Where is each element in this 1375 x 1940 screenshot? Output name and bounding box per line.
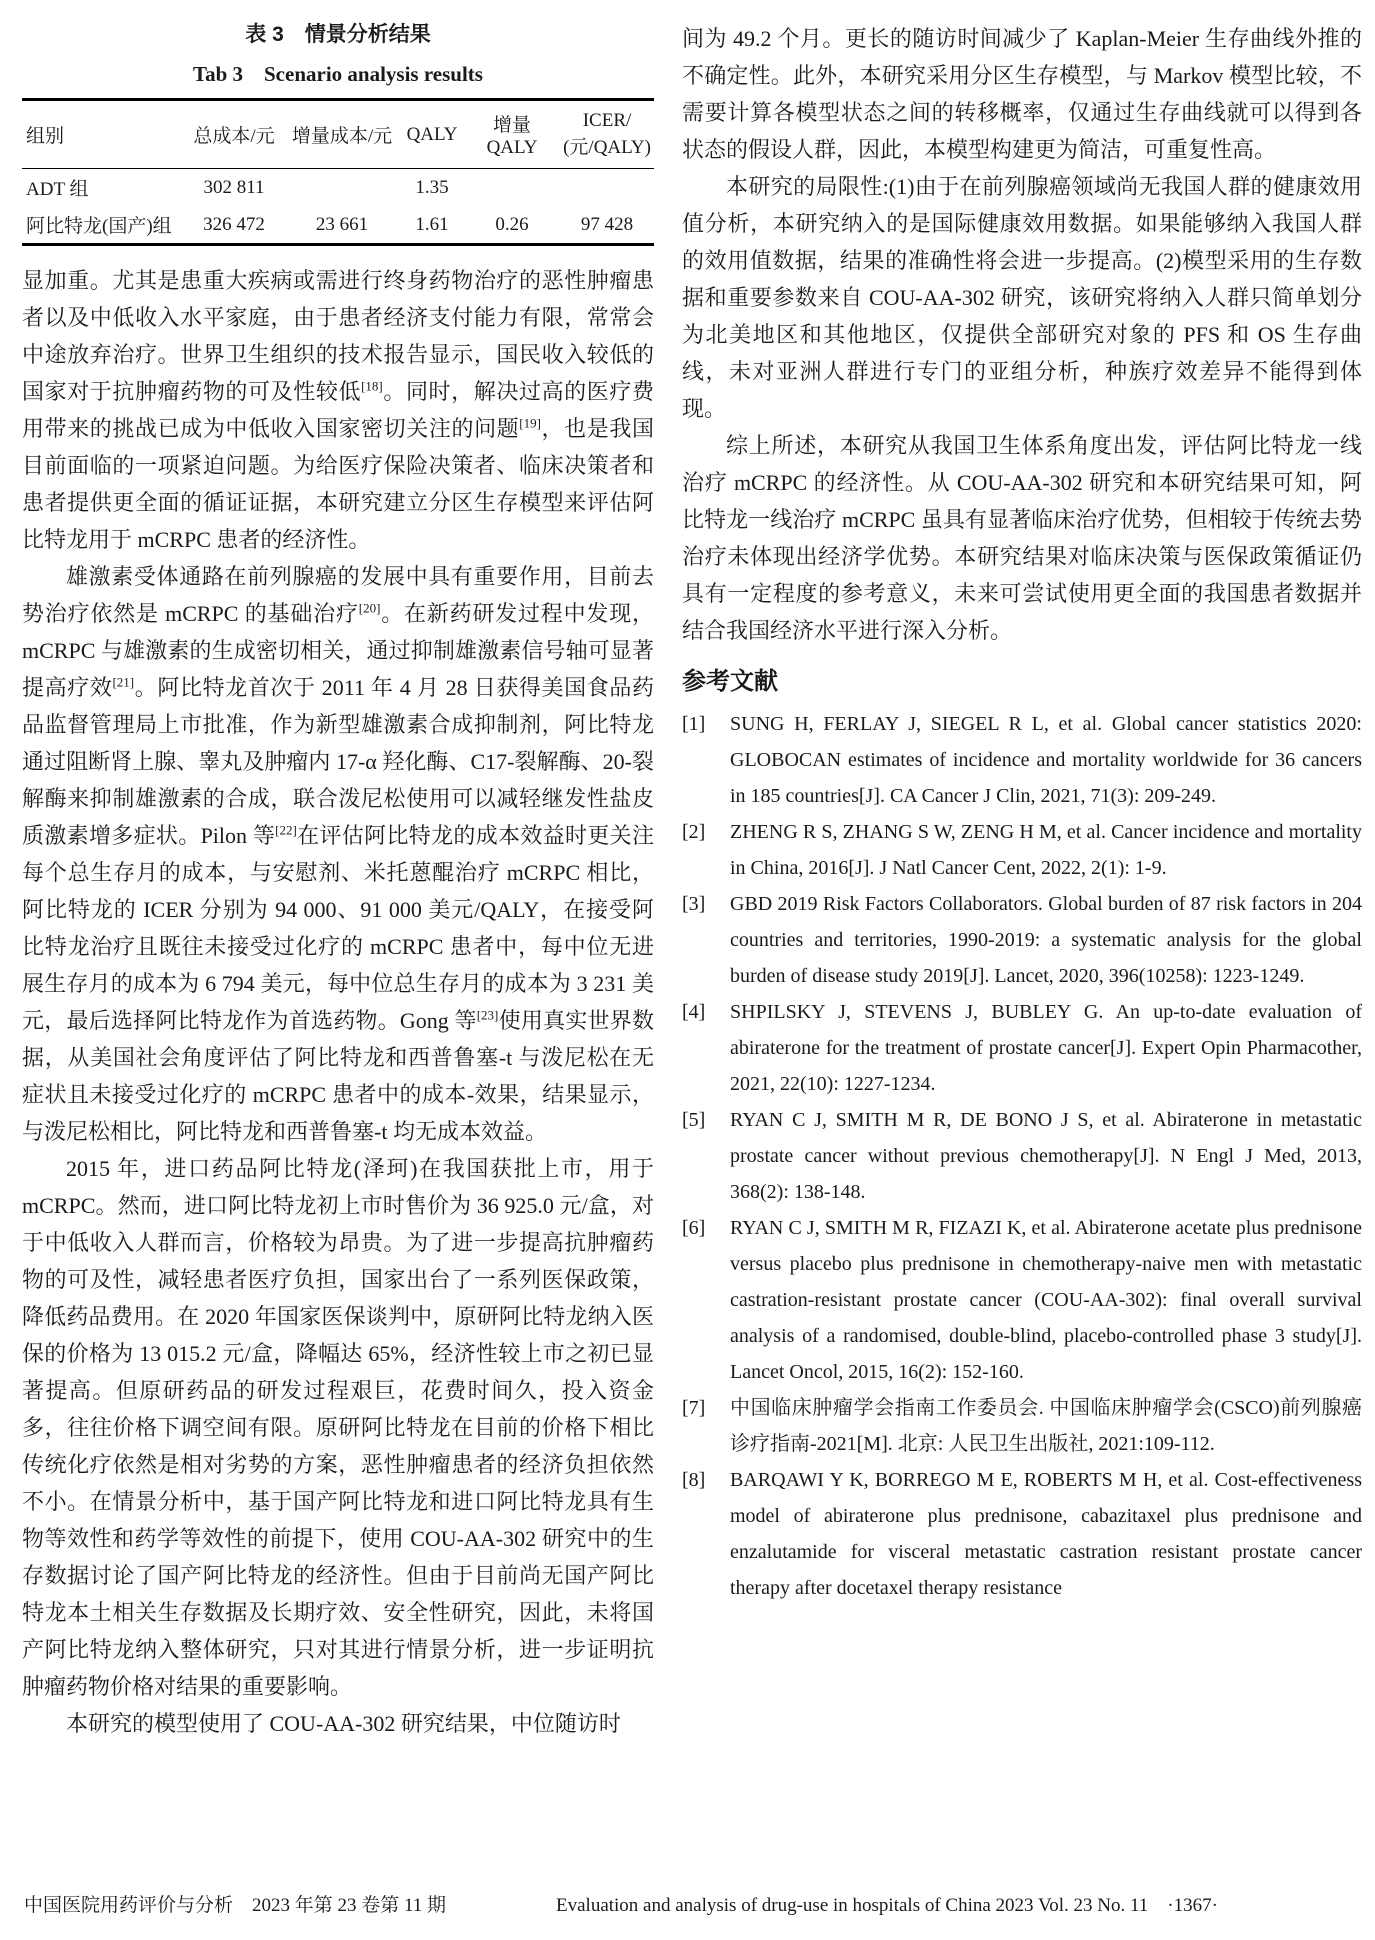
footer-journal-en: Evaluation and analysis of drug-use in h…: [556, 1890, 1218, 1917]
table-cell: 0.26: [464, 206, 560, 245]
table-cell: 302 811: [184, 169, 284, 207]
reference-item: [4]SHPILSKY J, STEVENS J, BUBLEY G. An u…: [682, 994, 1362, 1102]
table-row: 阿比特龙(国产)组326 47223 6611.610.2697 428: [22, 206, 654, 245]
paragraph: 雄激素受体通路在前列腺癌的发展中具有重要作用，目前去势治疗依然是 mCRPC 的…: [22, 558, 654, 1150]
table-header-cell: 组别: [22, 100, 184, 169]
table-cell: 1.61: [400, 206, 464, 245]
table-title-cn: 表 3 情景分析结果: [22, 14, 654, 48]
scenario-table-block: 表 3 情景分析结果 Tab 3 Scenario analysis resul…: [22, 14, 654, 246]
table-header-cell: 增量 QALY: [464, 100, 560, 169]
scenario-table-head: 组别总成本/元增量成本/元QALY增量 QALYICER/ (元/QALY): [22, 100, 654, 169]
reference-item: [7]中国临床肿瘤学会指南工作委员会. 中国临床肿瘤学会(CSCO)前列腺癌诊疗…: [682, 1390, 1362, 1462]
citation-superscript: [19]: [519, 416, 541, 431]
reference-text: RYAN C J, SMITH M R, DE BONO J S, et al.…: [730, 1102, 1362, 1210]
citation-superscript: [23]: [477, 1008, 499, 1023]
two-column-layout: 表 3 情景分析结果 Tab 3 Scenario analysis resul…: [22, 14, 1362, 1742]
table-row: ADT 组302 8111.35: [22, 169, 654, 207]
reference-text: SHPILSKY J, STEVENS J, BUBLEY G. An up-t…: [730, 994, 1362, 1102]
table-cell: [464, 169, 560, 207]
scenario-table-body: ADT 组302 8111.35阿比特龙(国产)组326 47223 6611.…: [22, 169, 654, 245]
reference-label: [5]: [682, 1102, 730, 1210]
reference-item: [2]ZHENG R S, ZHANG S W, ZENG H M, et al…: [682, 814, 1362, 886]
table-cell: [284, 169, 400, 207]
table-cell: 阿比特龙(国产)组: [22, 206, 184, 245]
citation-superscript: [20]: [359, 601, 381, 616]
citation-superscript: [22]: [275, 823, 297, 838]
reference-text: GBD 2019 Risk Factors Collaborators. Glo…: [730, 886, 1362, 994]
citation-superscript: [18]: [361, 379, 383, 394]
table-header-cell: QALY: [400, 100, 464, 169]
paragraph: 综上所述，本研究从我国卫生体系角度出发，评估阿比特龙一线治疗 mCRPC 的经济…: [682, 427, 1362, 649]
table-header-cell: 增量成本/元: [284, 100, 400, 169]
reference-label: [1]: [682, 706, 730, 814]
reference-item: [8]BARQAWI Y K, BORREGO M E, ROBERTS M H…: [682, 1462, 1362, 1606]
reference-label: [8]: [682, 1462, 730, 1606]
footer-journal-cn: 中国医院用药评价与分析 2023 年第 23 卷第 11 期: [24, 1890, 446, 1917]
table-cell: ADT 组: [22, 169, 184, 207]
paragraph: 2015 年，进口药品阿比特龙(泽珂)在我国获批上市，用于 mCRPC。然而，进…: [22, 1150, 654, 1705]
scenario-table: 组别总成本/元增量成本/元QALY增量 QALYICER/ (元/QALY) A…: [22, 98, 654, 246]
left-column: 表 3 情景分析结果 Tab 3 Scenario analysis resul…: [22, 14, 654, 1742]
right-column: 间为 49.2 个月。更长的随访时间减少了 Kaplan-Meier 生存曲线外…: [682, 14, 1362, 1742]
reference-label: [7]: [682, 1390, 730, 1462]
reference-label: [4]: [682, 994, 730, 1102]
reference-text: ZHENG R S, ZHANG S W, ZENG H M, et al. C…: [730, 814, 1362, 886]
left-column-text: 显加重。尤其是患重大疾病或需进行终身药物治疗的恶性肿瘤患者以及中低收入水平家庭，…: [22, 262, 654, 1742]
table-cell: 1.35: [400, 169, 464, 207]
reference-item: [5]RYAN C J, SMITH M R, DE BONO J S, et …: [682, 1102, 1362, 1210]
reference-text: SUNG H, FERLAY J, SIEGEL R L, et al. Glo…: [730, 706, 1362, 814]
reference-item: [1]SUNG H, FERLAY J, SIEGEL R L, et al. …: [682, 706, 1362, 814]
table-header-cell: 总成本/元: [184, 100, 284, 169]
table-header-cell: ICER/ (元/QALY): [560, 100, 654, 169]
paragraph: 本研究的模型使用了 COU-AA-302 研究结果，中位随访时: [22, 1705, 654, 1742]
table-cell: [560, 169, 654, 207]
paragraph: 显加重。尤其是患重大疾病或需进行终身药物治疗的恶性肿瘤患者以及中低收入水平家庭，…: [22, 262, 654, 558]
right-column-text: 间为 49.2 个月。更长的随访时间减少了 Kaplan-Meier 生存曲线外…: [682, 20, 1362, 649]
table-cell: 97 428: [560, 206, 654, 245]
reference-item: [6]RYAN C J, SMITH M R, FIZAZI K, et al.…: [682, 1210, 1362, 1390]
journal-page: 表 3 情景分析结果 Tab 3 Scenario analysis resul…: [0, 0, 1375, 1940]
reference-text: BARQAWI Y K, BORREGO M E, ROBERTS M H, e…: [730, 1462, 1362, 1606]
citation-superscript: [21]: [112, 675, 134, 690]
table-cell: 326 472: [184, 206, 284, 245]
table-cell: 23 661: [284, 206, 400, 245]
paragraph: 本研究的局限性:(1)由于在前列腺癌领域尚无我国人群的健康效用值分析，本研究纳入…: [682, 168, 1362, 427]
paragraph: 间为 49.2 个月。更长的随访时间减少了 Kaplan-Meier 生存曲线外…: [682, 20, 1362, 168]
reference-item: [3]GBD 2019 Risk Factors Collaborators. …: [682, 886, 1362, 994]
table-title-en: Tab 3 Scenario analysis results: [22, 58, 654, 88]
reference-text: 中国临床肿瘤学会指南工作委员会. 中国临床肿瘤学会(CSCO)前列腺癌诊疗指南-…: [730, 1390, 1362, 1462]
reference-label: [3]: [682, 886, 730, 994]
table-header-row: 组别总成本/元增量成本/元QALY增量 QALYICER/ (元/QALY): [22, 100, 654, 169]
reference-text: RYAN C J, SMITH M R, FIZAZI K, et al. Ab…: [730, 1210, 1362, 1390]
reference-label: [6]: [682, 1210, 730, 1390]
reference-label: [2]: [682, 814, 730, 886]
references-list: [1]SUNG H, FERLAY J, SIEGEL R L, et al. …: [682, 706, 1362, 1606]
references-heading: 参考文献: [682, 661, 1362, 696]
